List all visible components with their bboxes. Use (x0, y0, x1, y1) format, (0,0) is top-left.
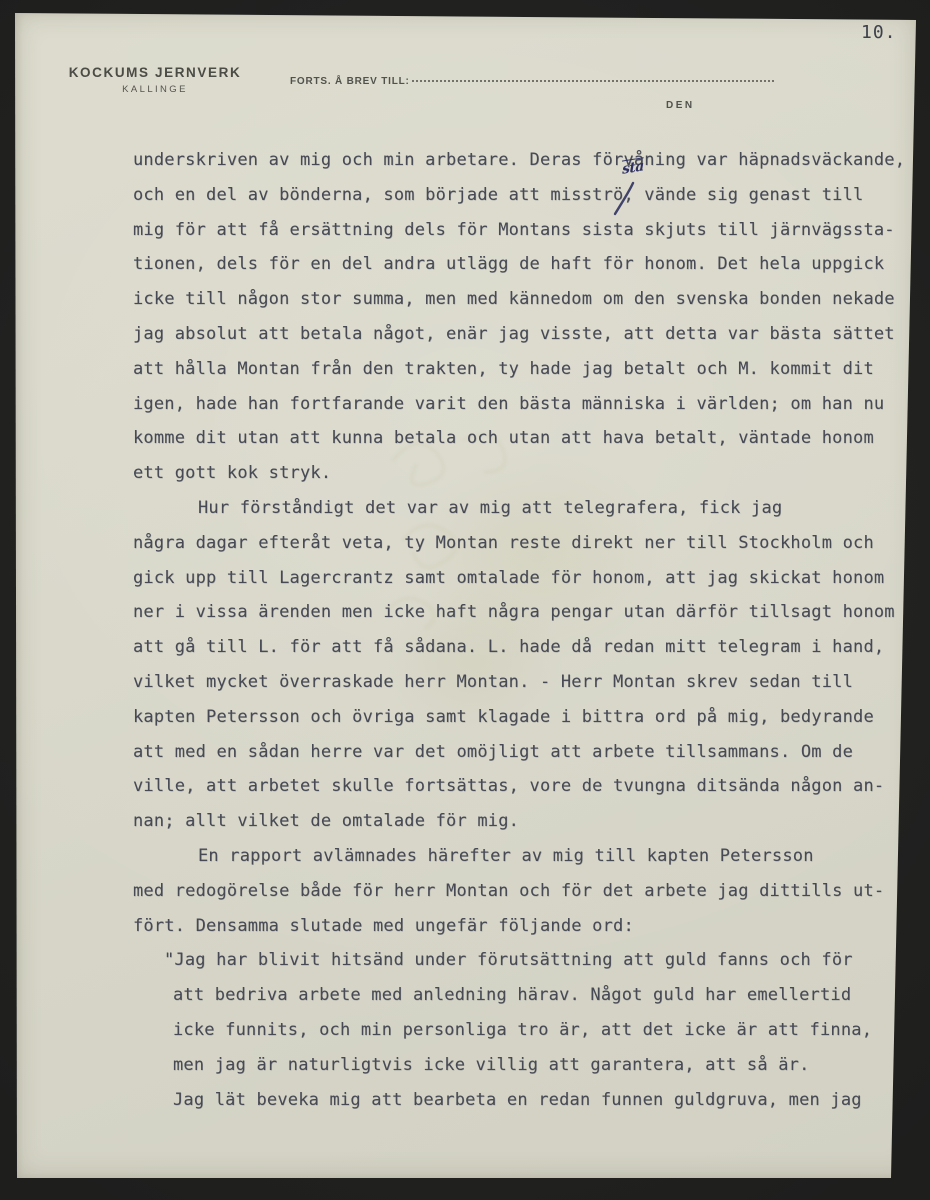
typed-line: att gå till L. för att få sådana. L. had… (133, 630, 930, 665)
typed-line: att med en sådan herre var det omöjligt … (133, 735, 930, 770)
typed-line: icke till någon stor summa, men med känn… (133, 282, 930, 317)
typed-line: kapten Petersson och övriga samt klagade… (133, 700, 930, 735)
typed-line: men jag är naturligtvis icke villig att … (173, 1048, 930, 1083)
typed-line: att hålla Montan från den trakten, ty ha… (133, 352, 930, 387)
typed-line: ner i vissa ärenden men icke haft några … (133, 595, 930, 630)
typed-line: vilket mycket överraskade herr Montan. -… (133, 665, 930, 700)
typed-line: ville, att arbetet skulle fortsättas, vo… (133, 769, 930, 804)
letterhead-forts-line: FORTS. Å BREV TILL: (290, 76, 774, 87)
document-page: 10. KOCKUMS JERNVERK KALLINGE FORTS. Å B… (13, 10, 918, 1180)
typed-line: "Jag har blivit hitsänd under förutsättn… (164, 943, 930, 978)
typed-line: Jag lät beveka mig att bearbeta en redan… (173, 1083, 930, 1118)
typed-line: gick upp till Lagercrantz samt omtalade … (133, 561, 930, 596)
typed-line: och en del av bönderna, som började att … (133, 178, 930, 213)
typed-line: mig för att få ersättning dels för Monta… (133, 213, 930, 248)
typed-line: tionen, dels för en del andra utlägg de … (133, 247, 930, 282)
forts-label: FORTS. Å BREV TILL: (290, 76, 410, 87)
typed-line: underskriven av mig och min arbetare. De… (133, 143, 930, 178)
typed-line: igen, hade han fortfarande varit den bäs… (133, 387, 930, 422)
letterhead-company: KOCKUMS JERNVERK (65, 65, 245, 80)
typed-line: icke funnits, och min personliga tro är,… (173, 1013, 930, 1048)
typed-line: En rapport avlämnades härefter av mig ti… (198, 839, 930, 874)
typed-line: ett gott kok stryk. (133, 456, 930, 491)
typed-line: nan; allt vilket de omtalade för mig. (133, 804, 930, 839)
typed-line: jag absolut att betala något, enär jag v… (133, 317, 930, 352)
typed-line: komme dit utan att kunna betala och utan… (133, 421, 930, 456)
typed-line: Hur förståndigt det var av mig att teleg… (198, 491, 930, 526)
scan-background: 10. KOCKUMS JERNVERK KALLINGE FORTS. Å B… (0, 0, 930, 1200)
typed-line: med redogörelse både för herr Montan och… (133, 874, 930, 909)
den-label: DEN (666, 100, 695, 111)
letterhead: KOCKUMS JERNVERK KALLINGE (65, 65, 245, 95)
typed-line: några dagar efteråt veta, ty Montan rest… (133, 526, 930, 561)
typed-line: att bedriva arbete med anledning härav. … (173, 978, 930, 1013)
letterhead-location: KALLINGE (65, 84, 245, 95)
page-number: 10. (861, 22, 897, 43)
typed-line: fört. Densamma slutade med ungefär följa… (133, 909, 930, 944)
dotted-fill-line (412, 80, 774, 82)
typed-text: underskriven av mig och min arbetare. De… (133, 143, 930, 1117)
